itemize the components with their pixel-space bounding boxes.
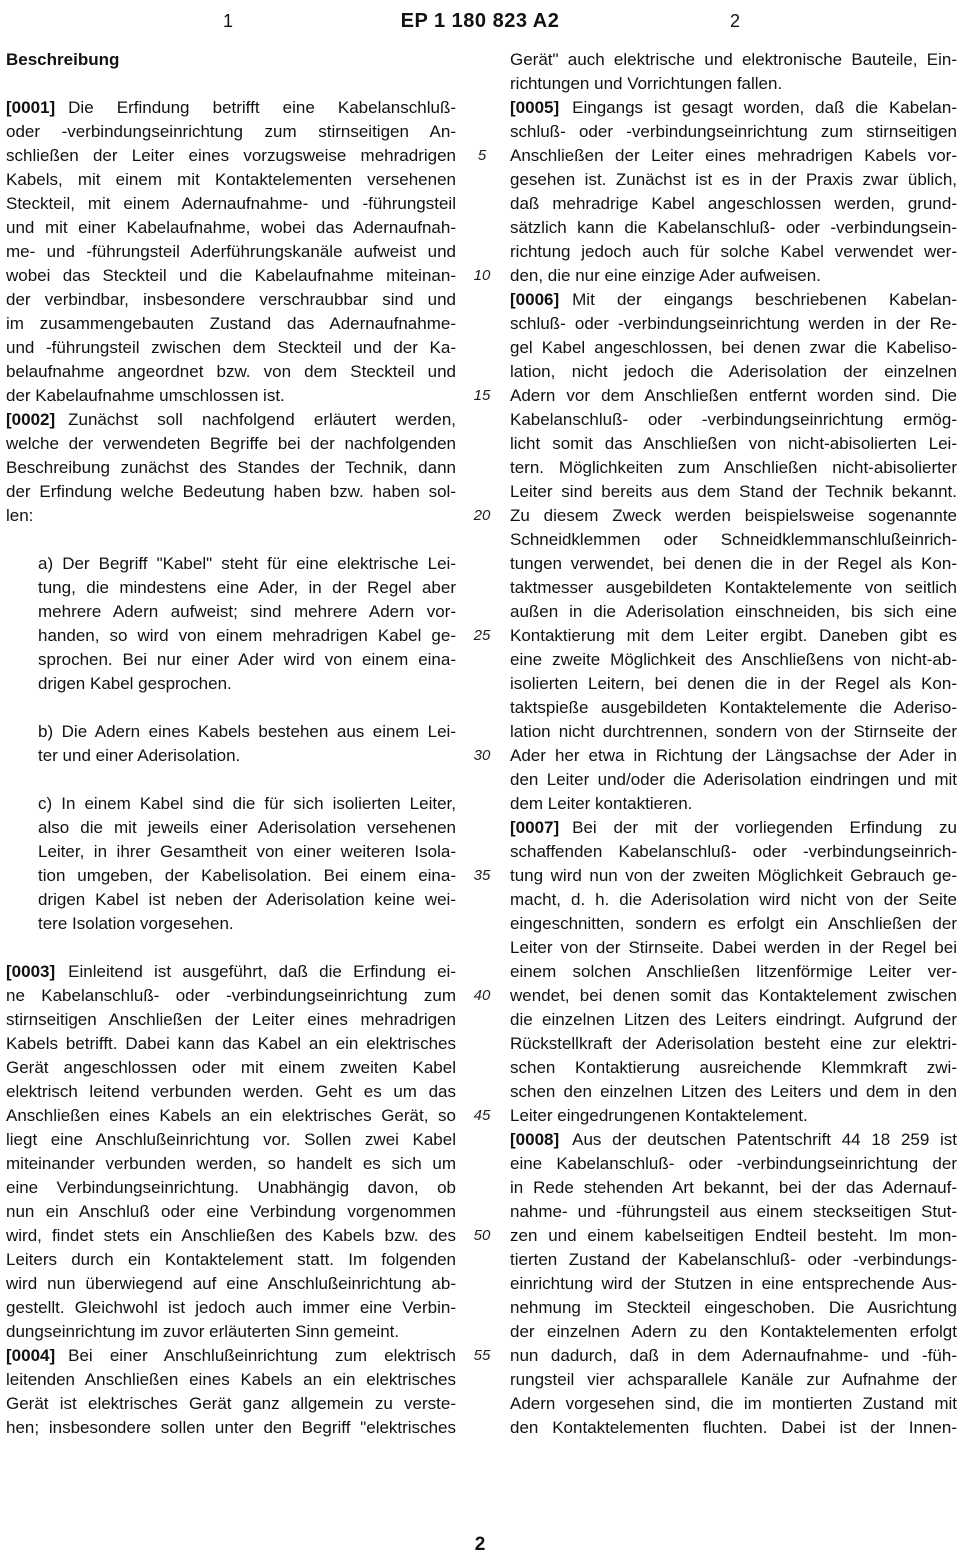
text-line: [0007]Bei der mit der vorliegenden Erfin… <box>510 816 957 840</box>
text-line: daß mehradrige Kabel angeschlossen werde… <box>510 192 957 216</box>
text-line: den, die nur eine einzige Ader aufweisen… <box>510 264 957 288</box>
gutter-line-number: 25 <box>458 624 506 648</box>
text-line: der Kabelaufnahme umschlossen ist. <box>6 384 456 408</box>
text-line: gestellt. Gleichwohl ist jedoch auch imm… <box>6 1296 456 1320</box>
text-line: Leiter, in ihrer Gesamtheit von einer we… <box>6 840 456 864</box>
text-line: Leiters durch ein Kontaktelement statt. … <box>6 1248 456 1272</box>
text-line: schluß- oder -verbindungseinrichtung zum… <box>510 120 957 144</box>
text-line: wird nun überwiegend auf eine Anschlußei… <box>6 1272 456 1296</box>
text-line: macht, d. h. die Aderisolation wird nich… <box>510 888 957 912</box>
text-line: [0008]Aus der deutschen Patentschrift 44… <box>510 1128 957 1152</box>
gutter-line-number: 45 <box>458 1104 506 1128</box>
text-line: schaffenden Kabelanschluß- oder -verbind… <box>510 840 957 864</box>
text-line: len: <box>6 504 456 528</box>
section-heading: Beschreibung <box>6 48 456 72</box>
text-line: Gerät ist elektrisches Gerät ganz allgem… <box>6 1392 456 1416</box>
text-line: b) Die Adern eines Kabels bestehen aus e… <box>6 720 456 744</box>
text-line: [0006]Mit der eingangs beschriebenen Kab… <box>510 288 957 312</box>
text-line: stirnseitigen Anschließen der Leiter ein… <box>6 1008 456 1032</box>
paragraph-number-tag: [0008] <box>510 1130 559 1149</box>
text-line: schen Kontaktierung ausreichende Klemmkr… <box>510 1056 957 1080</box>
list-item-a: a) Der Begriff "Kabel" steht für eine el… <box>6 552 456 696</box>
blank-line <box>6 528 456 552</box>
list-item-b: b) Die Adern eines Kabels bestehen aus e… <box>6 720 456 768</box>
list-item-c: c) In einem Kabel sind die für sich isol… <box>6 792 456 936</box>
text-line: außen in die Aderisolation einschneiden,… <box>510 600 957 624</box>
text-line: [0001]Die Erfindung betrifft eine Kabela… <box>6 96 456 120</box>
text-line: zen und einem kabelseitigen Endteil best… <box>510 1224 957 1248</box>
text-line: einrichtung wird der Stutzen in eine ent… <box>510 1272 957 1296</box>
text-line: taktmesser ausgebildeten Kontaktelemente… <box>510 576 957 600</box>
gutter-line-number: 50 <box>458 1224 506 1248</box>
text-line: tierten Zustand der Kabelanschluß- oder … <box>510 1248 957 1272</box>
text-line: ter und einer Aderisolation. <box>6 744 456 768</box>
text-line: [0004]Bei einer Anschlußeinrichtung zum … <box>6 1344 456 1368</box>
text-line: eine Verbindungseinrichtung. Unabhängig … <box>6 1176 456 1200</box>
text-line: tung wird nun von der zweiten Möglichkei… <box>510 864 957 888</box>
text-line: Rückstellkraft der Aderisolation besteht… <box>510 1032 957 1056</box>
text-line: einem solchen Anschließen litzenförmige … <box>510 960 957 984</box>
text-line: Schneidklemmen oder Schneidklemmanschluß… <box>510 528 957 552</box>
footer-page-number: 2 <box>430 1533 530 1557</box>
text-line: ne Kabelanschluß- oder -verbindungseinri… <box>6 984 456 1008</box>
text-line: schen den einzelnen Litzen des Leiters u… <box>510 1080 957 1104</box>
text-line: richtung jedoch auch für solche Kabel ve… <box>510 240 957 264</box>
header-document-id: EP 1 180 823 A2 <box>320 8 640 34</box>
text-line: oder -verbindungseinrichtung zum stirnse… <box>6 120 456 144</box>
text-line: tere Isolation vorgesehen. <box>6 912 456 936</box>
text-line: nun ein Anschluß oder eine Verbindung vo… <box>6 1200 456 1224</box>
text-line: mehrere Adern aufweist; sind mehrere Ade… <box>6 600 456 624</box>
text-line: Gerät" auch elektrische und elektronisch… <box>510 48 957 72</box>
header-left-column-number: 1 <box>206 8 250 34</box>
left-text-column: Beschreibung[0001]Die Erfindung betrifft… <box>6 48 456 1440</box>
gutter-line-number: 10 <box>458 264 506 288</box>
text-line: Anschließen der Leiter eines mehradrigen… <box>510 144 957 168</box>
text-line: nehmung im Steckteil eingeschoben. Die A… <box>510 1296 957 1320</box>
gutter-line-number: 15 <box>458 384 506 408</box>
text-line: den Kontaktelementen fluchten. Dabei ist… <box>510 1416 957 1440</box>
text-line: eingeschnitten, sondern es erfolgt ein A… <box>510 912 957 936</box>
text-line: schluß- oder -verbindungseinrichtung wer… <box>510 312 957 336</box>
blank-line <box>6 696 456 720</box>
text-line: licht somit das Anschließen von nicht-ab… <box>510 432 957 456</box>
text-line: a) Der Begriff "Kabel" steht für eine el… <box>6 552 456 576</box>
text-line: lation, nicht jedoch die Aderisolation d… <box>510 360 957 384</box>
paragraph-number-tag: [0004] <box>6 1346 55 1365</box>
text-line: Leiter eingedrungenen Kontaktelement. <box>510 1104 957 1128</box>
text-line: wobei das Steckteil und die Kabelaufnahm… <box>6 264 456 288</box>
text-line: Anschließen eines Kabels an ein elektris… <box>6 1104 456 1128</box>
header-right-column-number: 2 <box>713 8 757 34</box>
text-line: handen, so wird von einem mehradrigen Ka… <box>6 624 456 648</box>
text-line: lation nicht durchtrennen, sondern von d… <box>510 720 957 744</box>
text-line: die einzelnen Litzen des Leiters eindrin… <box>510 1008 957 1032</box>
text-line: Zu diesem Zweck werden beispielsweise so… <box>510 504 957 528</box>
section-heading-text: Beschreibung <box>6 48 456 72</box>
text-line: Leiter sind bereits aus dem Stand der Te… <box>510 480 957 504</box>
gutter-line-number: 20 <box>458 504 506 528</box>
gutter-line-number: 30 <box>458 744 506 768</box>
text-line: der einzelnen Adern zu den Kontaktelemen… <box>510 1320 957 1344</box>
text-line: dem Leiter kontaktieren. <box>510 792 957 816</box>
text-line: eine Kabelanschluß- oder -verbindungsein… <box>510 1152 957 1176</box>
text-line: Ader her etwa in Richtung der Längsachse… <box>510 744 957 768</box>
text-line: liegt eine Anschlußeinrichtung vor. Soll… <box>6 1128 456 1152</box>
text-line: sätzlich kann die Kabelanschluß- oder -v… <box>510 216 957 240</box>
text-line: Leiter von der Stirnseite. Dabei werden … <box>510 936 957 960</box>
text-line: der Erfindung welche Bedeutung haben bzw… <box>6 480 456 504</box>
paragraph-number-tag: [0003] <box>6 962 55 981</box>
text-line: tern. Möglichkeiten zum Anschließen nich… <box>510 456 957 480</box>
text-line: isolierten Leitern, bei denen die in der… <box>510 672 957 696</box>
paragraph-0001: [0001]Die Erfindung betrifft eine Kabela… <box>6 96 456 408</box>
blank-line <box>6 72 456 96</box>
text-line: drigen Kabel ist neben der Aderisolation… <box>6 888 456 912</box>
text-line: nahme- und -führungsteil aus einem steck… <box>510 1200 957 1224</box>
text-line: elektrisch leitend verbunden werden. Geh… <box>6 1080 456 1104</box>
patent-document-page: 1 EP 1 180 823 A2 2 Beschreibung[0001]Di… <box>0 0 960 1567</box>
text-line: Kabels, mit einem mit Kontaktelementen v… <box>6 168 456 192</box>
gutter-line-number: 40 <box>458 984 506 1008</box>
text-line: [0002]Zunächst soll nachfolgend erläuter… <box>6 408 456 432</box>
paragraph-continuation: Gerät" auch elektrische und elektronisch… <box>510 48 957 96</box>
text-line: [0005]Eingangs ist gesagt worden, daß di… <box>510 96 957 120</box>
paragraph-0002: [0002]Zunächst soll nachfolgend erläuter… <box>6 408 456 528</box>
text-line: den Leiter und/oder die Aderisolation ei… <box>510 768 957 792</box>
paragraph-0003: [0003]Einleitend ist ausgeführt, daß die… <box>6 960 456 1344</box>
text-line: gel Kabel angeschlossen, bei denen zwar … <box>510 336 957 360</box>
text-line: miteinander verbunden werden, so handelt… <box>6 1152 456 1176</box>
text-line: nun dadurch, daß in dem Adernaufnahme- u… <box>510 1344 957 1368</box>
text-line: schließen der Leiter eines vorzugsweise … <box>6 144 456 168</box>
paragraph-number-tag: [0005] <box>510 98 559 117</box>
blank-line <box>6 936 456 960</box>
text-line: c) In einem Kabel sind die für sich isol… <box>6 792 456 816</box>
text-line: hen; insbesondere sollen unter den Begri… <box>6 1416 456 1440</box>
text-line: also die mit jeweils einer Aderisolation… <box>6 816 456 840</box>
paragraph-number-tag: [0006] <box>510 290 559 309</box>
text-line: Kabels betrifft. Dabei kann das Kabel an… <box>6 1032 456 1056</box>
text-line: tion umgeben, der Kabelisolation. Bei ei… <box>6 864 456 888</box>
right-text-column: Gerät" auch elektrische und elektronisch… <box>510 48 957 1440</box>
paragraph-number-tag: [0007] <box>510 818 559 837</box>
gutter-line-number: 5 <box>458 144 506 168</box>
gutter-line-number: 35 <box>458 864 506 888</box>
text-line: tung, die mindestens eine Ader, in der R… <box>6 576 456 600</box>
paragraph-number-tag: [0002] <box>6 410 55 429</box>
text-line: in Rede stehenden Art bekannt, bei der d… <box>510 1176 957 1200</box>
text-line: rungsteil vier achsparallele Kanäle zur … <box>510 1368 957 1392</box>
gutter-line-number: 55 <box>458 1344 506 1368</box>
paragraph-0008: [0008]Aus der deutschen Patentschrift 44… <box>510 1128 957 1440</box>
text-line: drigen Kabel gesprochen. <box>6 672 456 696</box>
paragraph-number-tag: [0001] <box>6 98 55 117</box>
text-line: Adern vorgesehen sind, die im montierten… <box>510 1392 957 1416</box>
paragraph-0006: [0006]Mit der eingangs beschriebenen Kab… <box>510 288 957 816</box>
text-line: [0003]Einleitend ist ausgeführt, daß die… <box>6 960 456 984</box>
text-line: Kontaktierung mit dem Leiter ergibt. Dan… <box>510 624 957 648</box>
text-line: taktspieße ausgebildeten Kontaktelemente… <box>510 696 957 720</box>
text-line: me- und -führungsteil Aderführungskanäle… <box>6 240 456 264</box>
text-line: sprochen. Bei nur einer Ader wird von ei… <box>6 648 456 672</box>
text-line: dungseinrichtung im zuvor erläuterten Si… <box>6 1320 456 1344</box>
text-line: im zusammengebauten Zustand das Adernauf… <box>6 312 456 336</box>
text-line: gesehen ist. Zunächst ist es in der Prax… <box>510 168 957 192</box>
text-line: welche der verwendeten Begriffe bei der … <box>6 432 456 456</box>
text-line: Steckteil, mit einem Adernaufnahme- und … <box>6 192 456 216</box>
text-line: Gerät angeschlossen oder mit einem zweit… <box>6 1056 456 1080</box>
text-line: und -führungsteil zwischen dem Steckteil… <box>6 336 456 360</box>
text-line: Kabelanschluß- oder -verbindungseinricht… <box>510 408 957 432</box>
paragraph-0004: [0004]Bei einer Anschlußeinrichtung zum … <box>6 1344 456 1440</box>
text-line: und mit einer Kabelaufnahme, wobei das A… <box>6 216 456 240</box>
text-line: wird, findet stets ein Anschließen des K… <box>6 1224 456 1248</box>
paragraph-0007: [0007]Bei der mit der vorliegenden Erfin… <box>510 816 957 1128</box>
paragraph-0005: [0005]Eingangs ist gesagt worden, daß di… <box>510 96 957 288</box>
text-line: eine zweite Möglichkeit des Anschließens… <box>510 648 957 672</box>
text-line: tungen verwendet, bei denen die in der R… <box>510 552 957 576</box>
blank-line <box>6 768 456 792</box>
text-line: Beschreibung zunächst des Standes der Te… <box>6 456 456 480</box>
text-line: belaufnahme angeordnet bzw. von dem Stec… <box>6 360 456 384</box>
text-line: wendet, bei denen somit das Kontakteleme… <box>510 984 957 1008</box>
text-line: leitenden Anschließen eines Kabels an ei… <box>6 1368 456 1392</box>
text-line: der verbindbar, insbesondere verschraubb… <box>6 288 456 312</box>
text-line: richtungen und Vorrichtungen fallen. <box>510 72 957 96</box>
text-line: Adern vor dem Anschließen entfernt worde… <box>510 384 957 408</box>
